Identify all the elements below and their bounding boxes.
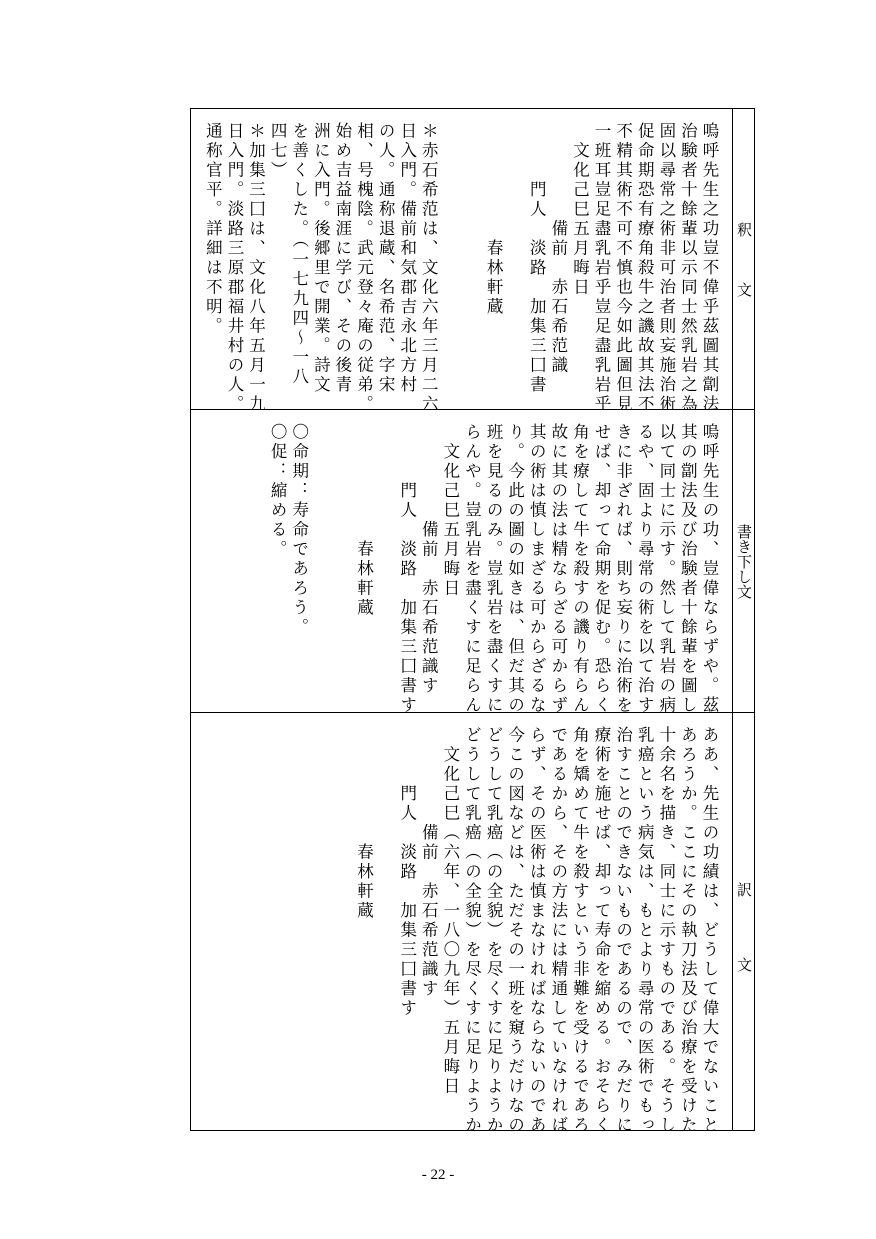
- text-column-line: どうして乳癌（の全貌）を尽くすに足りようか。: [482, 726, 504, 1130]
- text-column-line: [245, 423, 267, 712]
- text-column-line: 備前 赤石希范識: [547, 122, 569, 409]
- cell-kakikudashi-text: 嗚呼先生の功、豈偉ならずや。茲に其の劏法及び治験者十餘輩を圖し、以て同士に示す。…: [191, 410, 732, 712]
- text-column-line: の人。通称退蔵、名希范、字宋: [375, 122, 397, 409]
- text-column-line: 春林軒蔵: [482, 122, 504, 409]
- translation-table: 釈 文 書き下し文 訳 文 嗚呼先生之功豈不偉乎茲圖其劏法及治験者十餘輩以示同士…: [190, 108, 755, 1131]
- text-column-line: 乳癌という病気は、もとより尋常の医術でもって: [634, 726, 656, 1130]
- kakikudashi-text-body: 嗚呼先生の功、豈偉ならずや。茲に其の劏法及び治験者十餘輩を圖し、以て同士に示す。…: [191, 423, 720, 712]
- text-column-line: 故に其の法は精ならざる可からず、: [547, 423, 569, 712]
- text-column-line: 通称官平。詳細は不明。: [202, 122, 224, 409]
- text-column-line: [202, 423, 224, 712]
- text-column-line: ＊加集三囗は、文化八年五月一九: [245, 122, 267, 409]
- text-column-line: 不精其術不可不慎也今如此圖但見其: [612, 122, 634, 409]
- text-column-line: 〇促：縮める。: [267, 423, 289, 712]
- text-column-line: 文化己巳（六年、一八〇九年）五月晦日: [439, 726, 461, 1130]
- text-column-line: を善くした。（一七九四～一八: [288, 122, 310, 409]
- text-column-line: 角を療して牛を殺すの譏り有らん。: [569, 423, 591, 712]
- text-column-line: 文化己巳五月晦日: [439, 423, 461, 712]
- text-column-line: らず、その医術は慎まなければならないのである。: [526, 726, 548, 1130]
- text-column-line: 一班耳豈足盡乳岩乎豈足盡乳岩乎: [590, 122, 612, 409]
- text-column-line: 治験者十餘輩以示同士然乳岩之為病: [677, 122, 699, 409]
- row-label-translation: 訳 文: [733, 819, 754, 1034]
- text-column-line: [191, 423, 202, 712]
- text-column-line: 其の劏法及び治験者十餘輩を圖し、: [677, 423, 699, 712]
- text-column-line: あろうか。ここにその執刀法及び治療を受けた者: [677, 726, 699, 1130]
- text-column-line: 春林軒蔵: [353, 423, 375, 712]
- text-column-line: 嗚呼先生之功豈不偉乎茲圖其劏法及: [698, 122, 720, 409]
- text-column-line: であるから、その方法には精通していなければな: [547, 726, 569, 1130]
- text-column-line: るや、固より尋常の術を以て治す可: [634, 423, 656, 712]
- text-column-line: [375, 423, 397, 712]
- text-column-line: らんや。豈乳岩を盡くすに足らんや。: [461, 423, 483, 712]
- text-column-line: ああ、先生の功績は、どうして偉大でないことが: [698, 726, 720, 1130]
- text-column-line: 療術を施せば、却って寿命を縮める。おそらくは: [590, 726, 612, 1130]
- text-column-line: 十余名を描き、同士に示すものである。そうして: [655, 726, 677, 1130]
- text-column-line: 門人 淡路 加集三囗書す: [396, 726, 418, 1130]
- text-column-line: [461, 122, 483, 409]
- text-column-line: 備前 赤石希范識す: [418, 423, 440, 712]
- text-column-line: [223, 423, 245, 712]
- text-column-line: 日入門。淡路三原郡福井村の人。: [223, 122, 245, 409]
- text-column-line: 嗚呼先生の功、豈偉ならずや。茲に: [698, 423, 720, 712]
- text-column-line: [504, 122, 526, 409]
- text-column-line: 備前 赤石希范識す: [418, 726, 440, 1130]
- text-column-line: 春林軒蔵: [353, 726, 375, 1130]
- text-column-line: [375, 726, 397, 1130]
- text-column-line: 〇命期：寿命であろう。: [288, 423, 310, 712]
- text-column-line: きに非ざれば、則ち妄りに治術を施: [612, 423, 634, 712]
- row-label-kakikudashi: 書き下し文: [733, 501, 754, 621]
- text-column-line: り。今此の圖の如きは、但だ其の一: [504, 423, 526, 712]
- text-column-line: [331, 423, 353, 712]
- cell-translation-text: ああ、先生の功績は、どうして偉大でないことがあろうか。ここにその執刀法及び治療を…: [191, 713, 732, 1130]
- text-column-line: 日入門。備前和気郡吉永北方村: [396, 122, 418, 409]
- text-column-line: 其の術は慎しまざる可からざるな: [526, 423, 548, 712]
- row-label-original: 釈 文: [733, 209, 754, 309]
- text-column-line: 角を矯めて牛を殺すという非難を受けるであろう。: [569, 726, 591, 1130]
- translation-text-body: ああ、先生の功績は、どうして偉大でないことがあろうか。ここにその執刀法及び治療を…: [353, 726, 720, 1130]
- cell-original-text: 嗚呼先生之功豈不偉乎茲圖其劏法及治験者十餘輩以示同士然乳岩之為病固以尋常之術非可…: [191, 109, 732, 409]
- text-column-line: 以て同士に示す。然して乳岩の病た: [655, 423, 677, 712]
- text-column-line: 洲に入門。後郷里で開業。詩文: [310, 122, 332, 409]
- text-column-line: 文化己巳五月晦日: [569, 122, 591, 409]
- text-column-line: 班を見るのみ。豈乳岩を盡くすに足: [482, 423, 504, 712]
- text-column-line: どうして乳癌（の全貌）を尽くすに足りようか。: [461, 726, 483, 1130]
- original-text-body: 嗚呼先生之功豈不偉乎茲圖其劏法及治験者十餘輩以示同士然乳岩之為病固以尋常之術非可…: [202, 122, 720, 409]
- text-column-line: 促命期恐有療角殺牛之譏故其法不可: [634, 122, 656, 409]
- text-column-line: 始め吉益南涯に学び、その後青: [331, 122, 353, 409]
- text-column-line: [310, 423, 332, 712]
- text-column-line: 今この図などは、ただその一班を窺うだけなのだ。: [504, 726, 526, 1130]
- text-column-line: 門人 淡路 加集三囗書す: [396, 423, 418, 712]
- text-column-line: [439, 122, 461, 409]
- text-column-line: 治すことのできないものであるので、みだりに治: [612, 726, 634, 1130]
- text-column-line: 四七）: [267, 122, 289, 409]
- text-column-line: 固以尋常之術非可治者則妄施治術却: [655, 122, 677, 409]
- text-column-line: 門人 淡路 加集三囗書: [526, 122, 548, 409]
- text-column-line: ＊赤石希范は、文化六年三月二六: [418, 122, 440, 409]
- text-column-line: せば、却って命期を促む。恐らくは: [590, 423, 612, 712]
- text-column-line: 相、号槐陰。武元登々庵の従弟。: [353, 122, 375, 409]
- page-number: - 22 -: [0, 1167, 876, 1184]
